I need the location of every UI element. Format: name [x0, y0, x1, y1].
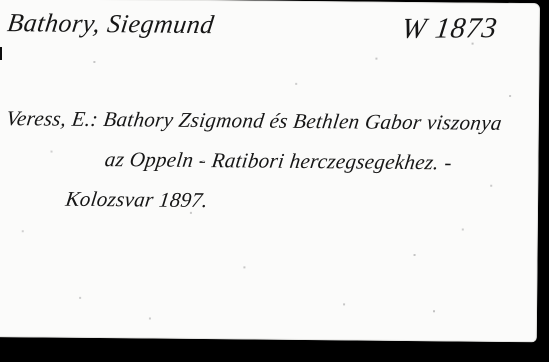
entry-line-2: az Oppeln - Ratibori herczegsegekhez. -: [0, 138, 529, 183]
catalog-card: Bathory, Siegmund W 1873 Veress, E.: Bat…: [0, 0, 540, 342]
scan-artifact-tick: [0, 47, 2, 60]
entry-line-3: Kolozsvar 1897.: [0, 178, 523, 223]
heading-author: Bathory, Siegmund: [6, 8, 216, 40]
entry-line-1: Veress, E.: Bathory Zsigmond és Bethlen …: [4, 98, 534, 143]
shelfmark: W 1873: [400, 12, 500, 46]
entry-text: Veress, E.: Bathory Zsigmond és Bethlen …: [0, 98, 534, 223]
scanned-card-image: Bathory, Siegmund W 1873 Veress, E.: Bat…: [0, 0, 549, 362]
